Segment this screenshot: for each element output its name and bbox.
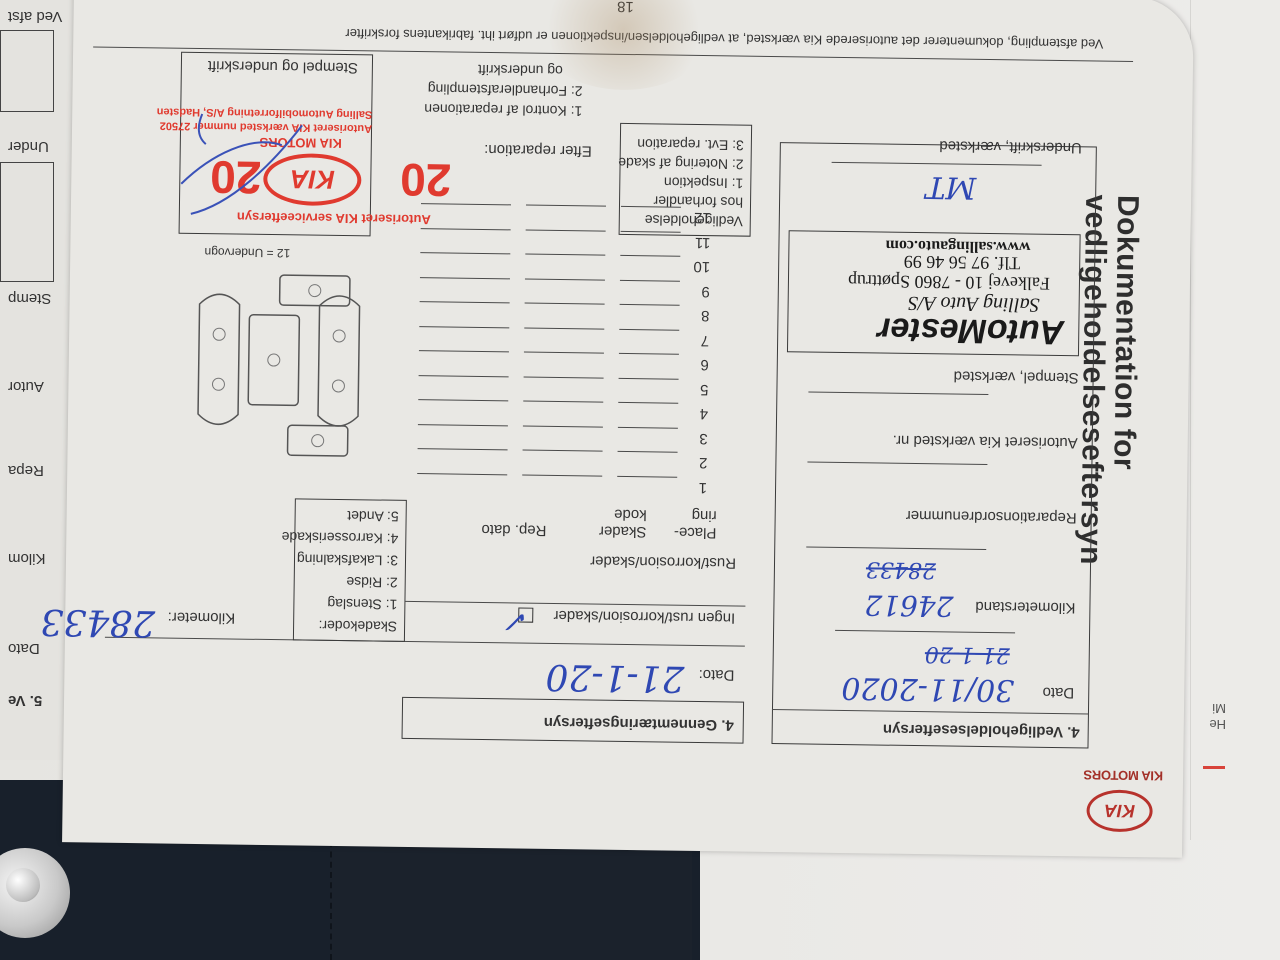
row-input-line[interactable] — [525, 279, 605, 281]
stamp-company: Salling Auto A/S — [908, 291, 1040, 316]
row-input-line[interactable] — [524, 328, 604, 330]
adjacent-stamp-box — [0, 162, 54, 282]
damage-code-2: 2: Ridse — [346, 574, 398, 591]
after-repair-label: Efter reparation: — [484, 141, 592, 160]
stamp-web: www.sallingauto.com — [885, 236, 1030, 256]
row-input-line[interactable] — [619, 353, 679, 355]
row-number: 10 — [693, 258, 710, 275]
stamp-sign-label: Stempel og underskrift — [208, 57, 358, 76]
red-marker — [1203, 766, 1225, 769]
workshop-signature-label: Underskrift, værksted — [939, 137, 1082, 156]
workshop-stamp-label: Stempel, værksted — [953, 368, 1078, 387]
footer-note: Ved afstempling, dokumenterer det autori… — [345, 26, 1103, 52]
row-number: 6 — [700, 357, 709, 374]
row-input-line[interactable] — [618, 451, 678, 453]
row-number: 2 — [699, 454, 708, 471]
service-booklet-page: KIA KIA MOTORS Dokumentation for vedlige… — [62, 0, 1194, 858]
maintenance-note-line: 3: Evt. reparation — [637, 136, 744, 153]
no-rust-label: Ingen rust/korrosion/skader — [553, 607, 735, 627]
row-input-line[interactable] — [523, 450, 603, 452]
row-number: 3 — [699, 430, 708, 447]
row-input-line[interactable] — [419, 326, 509, 328]
damage-code-5: 5: Andet — [347, 508, 399, 525]
adjacent-label-date: Dato — [8, 640, 40, 657]
repair-order-label: Reparationsordrenummer — [906, 507, 1077, 526]
snap-button-center-icon — [6, 868, 40, 902]
row-input-line[interactable] — [418, 400, 508, 402]
adjacent-footer: Ved afst — [8, 8, 62, 25]
adjacent-label-km: Kilom — [8, 550, 46, 567]
maintenance-note-line: 2: Notering af skade — [618, 155, 744, 173]
service-km-label: Kilometerstand — [975, 598, 1075, 616]
adjacent-label-stamp: Stemp — [8, 290, 51, 307]
row-input-line[interactable] — [618, 427, 678, 429]
row-number: 1 — [699, 479, 708, 496]
row-input-line[interactable] — [420, 253, 510, 255]
service-date-correction: 21-1-20 — [925, 641, 1010, 667]
service-heading: 4. Vedligeholdelseseftersyn — [883, 721, 1080, 741]
maintenance-note-line: Vedligeholdelse — [645, 212, 743, 229]
km-label: Kilometer: — [168, 609, 236, 627]
row-number: 9 — [701, 283, 710, 300]
next-page-word-2: Mi — [1196, 700, 1226, 716]
stamp-address: Falkevej 10 - 7860 Spøttrup — [848, 270, 1050, 294]
col-repair-date: Rep. dato — [481, 521, 546, 539]
row-input-line[interactable] — [526, 230, 606, 232]
row-input-line[interactable] — [420, 302, 510, 304]
col-damage-code: Skader kode — [586, 505, 646, 540]
damage-code-3: 3: Lakafskalning — [297, 551, 398, 568]
next-page-word-1: He — [1196, 716, 1226, 732]
row-input-line[interactable] — [524, 377, 604, 379]
damage-code-4: 4: Karrosseriskade — [281, 529, 398, 547]
row-input-line[interactable] — [526, 205, 606, 207]
divider — [105, 637, 745, 647]
workshop-signature: MT — [925, 169, 976, 205]
row-input-line[interactable] — [619, 378, 679, 380]
dealer-stamp-year-1: 20 — [400, 153, 452, 208]
adjacent-label-signature: Under — [8, 138, 49, 155]
adjacent-label-auth: Autor — [8, 378, 44, 395]
corrosion-heading: 4. Gennemtæringseftersyn — [544, 714, 734, 734]
after-repair-2: 2: Forhandlerafstempling — [428, 81, 583, 99]
adjacent-heading: 5. Ve — [8, 692, 42, 709]
rust-heading: Rust/korrosion/skader — [590, 552, 736, 571]
brand-label: KIA MOTORS — [1084, 767, 1164, 783]
service-date-value: 30/11-2020 — [841, 670, 1014, 707]
service-km-value: 24612 — [864, 588, 954, 622]
after-repair-1: 1: Kontrol af reparationen — [424, 101, 582, 119]
row-input-line[interactable] — [525, 254, 605, 256]
damage-codes-title: Skadekoder: — [318, 618, 397, 635]
row-input-line[interactable] — [620, 304, 680, 306]
damage-code-1: 1: Stenslag — [327, 596, 397, 613]
row-input-line[interactable] — [419, 375, 509, 377]
no-rust-check-mark-icon: ✓ — [505, 603, 531, 638]
divider — [405, 601, 745, 607]
row-number: 5 — [700, 381, 709, 398]
car-damage-diagram-icon — [177, 264, 370, 487]
service-km-correction: 28433 — [866, 556, 936, 582]
corrosion-date-label: Dato: — [698, 666, 734, 683]
row-input-line[interactable] — [523, 401, 603, 403]
row-input-line[interactable] — [523, 426, 603, 428]
row-input-line[interactable] — [417, 473, 507, 475]
row-input-line[interactable] — [421, 228, 511, 230]
row-number: 8 — [701, 308, 710, 325]
row-input-line[interactable] — [620, 255, 680, 257]
row-number: 7 — [701, 332, 710, 349]
kia-logo-icon: KIA — [1086, 789, 1153, 832]
dealer-signature-icon — [171, 104, 313, 226]
underbody-note: 12 = Undervogn — [204, 245, 290, 260]
row-input-line[interactable] — [522, 475, 602, 477]
row-input-line[interactable] — [420, 277, 510, 279]
row-input-line[interactable] — [418, 424, 508, 426]
row-input-line[interactable] — [419, 351, 509, 353]
adjacent-label-repair: Repa — [8, 462, 44, 479]
row-input-line[interactable] — [418, 449, 508, 451]
maintenance-note-line: 1: Inspektion — [664, 174, 744, 191]
row-number: 4 — [700, 406, 709, 423]
adjacent-box — [0, 30, 54, 112]
col-placement: Place-ring — [666, 507, 716, 542]
row-number: 11 — [695, 234, 711, 251]
row-input-line[interactable] — [525, 303, 605, 305]
row-input-line[interactable] — [618, 402, 678, 404]
maintenance-note-line: hos forhandler — [653, 193, 743, 210]
row-input-line[interactable] — [524, 352, 604, 354]
corrosion-date-value: 21-1-20 — [545, 656, 684, 699]
row-input-line[interactable] — [617, 476, 677, 478]
workshop-number-label: Autoriseret Kia værksted nr. — [893, 432, 1078, 452]
next-page-text: He Mi — [1196, 700, 1226, 732]
service-date-label: Dato — [1042, 684, 1074, 701]
km-value: 28433 — [40, 601, 155, 644]
row-input-line[interactable] — [620, 280, 680, 282]
row-input-line[interactable] — [619, 329, 679, 331]
